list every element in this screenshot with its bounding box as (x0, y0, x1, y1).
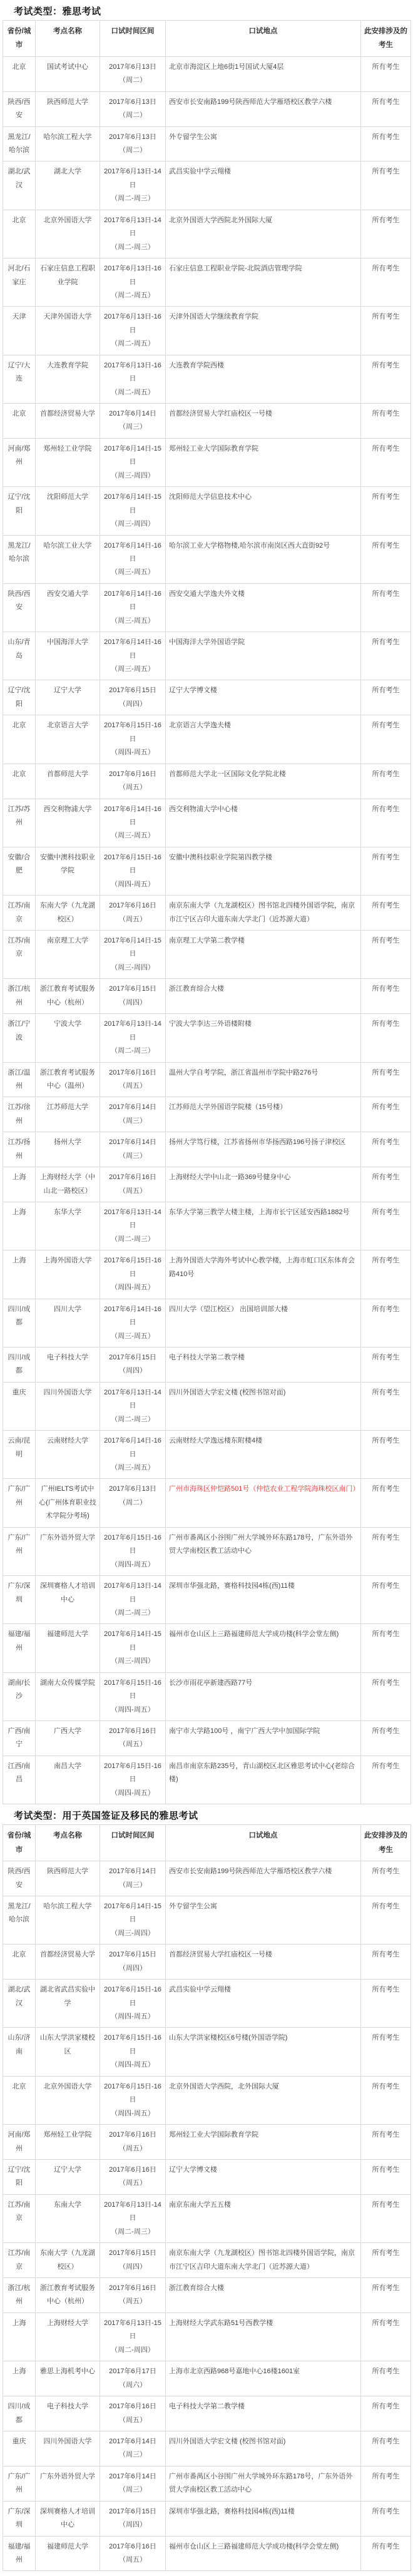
oral-test-location-cell: 西安交通大学逸夫外文楼 (166, 583, 361, 631)
oral-test-location-cell: 广州市番禺区小谷围广州大学城外环东路178号，广东外语外贸大学南校区教工活动中心 (166, 1527, 361, 1575)
date-text: 2017年6月14日-15日 (103, 1628, 162, 1655)
weekday-text: （周三-周五） (103, 829, 162, 842)
oral-test-location-cell: 广州市番禺区小谷围广州大学城外环东路178号，广东外语外贸大学南校区教工活动中心 (166, 2466, 361, 2501)
candidates-cell: 所有考生 (361, 1250, 411, 1299)
candidates-cell: 所有考生 (361, 2431, 411, 2466)
candidates-cell: 所有考生 (361, 2278, 411, 2313)
date-text: 2017年6月16日 (103, 1725, 162, 1738)
table-row: 山东/济南山东大学洪家楼校区2017年6月15日-16日（周四-周五）山东大学洪… (3, 2028, 411, 2076)
test-center-cell: 郑州轻工业学院 (36, 2125, 100, 2160)
oral-test-date-cell: 2017年6月16日（周五） (100, 2396, 166, 2431)
oral-test-location-cell: 首都经济贸易大学红庙校区一号楼 (166, 1945, 361, 1980)
candidates-cell: 所有考生 (361, 1861, 411, 1896)
weekday-text: （周三） (103, 421, 162, 434)
test-center-cell: 辽宁大学 (36, 680, 100, 715)
candidates-cell: 所有考生 (361, 210, 411, 258)
date-text: 2017年6月15日 (103, 2247, 162, 2260)
test-center-cell: 广东外语外贸大学 (36, 1527, 100, 1575)
oral-test-date-cell: 2017年6月14日（周三） (100, 404, 166, 439)
table-row: 北京北京外国语大学2017年6月13日-14日（周二-周三）北京外国语大学西院北… (3, 210, 411, 258)
date-text: 2017年6月14日-16日 (103, 1434, 162, 1461)
province-city-cell: 河南/郑州 (3, 2125, 36, 2160)
test-center-cell: 湖北大学 (36, 161, 100, 210)
weekday-text: （周五） (103, 1185, 162, 1198)
test-center-cell: 南京理工大学 (36, 931, 100, 979)
table-row: 北京首都师范大学2017年6月16日（周五）首都师范大学北一区国际文化学院北楼所… (3, 764, 411, 799)
table-row: 河北/石家庄石家庄信息工程职业学院2017年6月13日-16日（周二-周五）石家… (3, 258, 411, 307)
province-city-cell: 上海 (3, 2361, 36, 2396)
province-city-cell: 陕西/西安 (3, 91, 36, 126)
candidates-cell: 所有考生 (361, 2159, 411, 2194)
oral-test-location-cell: 深圳市华强北路，赛格科技园4栋(西)11楼 (166, 2501, 361, 2536)
candidates-cell: 所有考生 (361, 161, 411, 210)
oral-test-date-cell: 2017年6月13日-15日（周二-周四） (100, 2313, 166, 2361)
oral-test-date-cell: 2017年6月14日-16日（周三-周五） (100, 535, 166, 583)
weekday-text: （周四-周五） (103, 2058, 162, 2072)
oral-test-location-cell: 南京东南大学（九龙湖校区）图书馆北四楼外国语学院，南京市江宁区吉印大道东南大学北… (166, 2243, 361, 2278)
table-row: 广西/南宁广西大学2017年6月16日（周五）南宁市大学路100号 ，南宁广西大… (3, 1721, 411, 1756)
table-row: 江苏/徐州江苏师范大学2017年6月14日（周三）江苏师范大学外国语学院楼（15… (3, 1097, 411, 1132)
test-center-cell: 雅思上海机考中心 (36, 2361, 100, 2396)
oral-test-location-cell: 上海外国语大学海外考试中心教学楼，上海市虹口区东体育会路410号 (166, 1250, 361, 1299)
table-row: 天津天津外国语大学2017年6月13日-16日（周二-周五）天津外国语大学继续教… (3, 307, 411, 355)
test-center-cell: 浙江教育考试服务中心（杭州） (36, 2278, 100, 2313)
candidates-cell: 所有考生 (361, 1672, 411, 1720)
oral-test-date-cell: 2017年6月17日（周六） (100, 2361, 166, 2396)
table-row: 河南/郑州郑州轻工业学院2017年6月16日（周五）郑州轻工业大学国际教育学院所… (3, 2125, 411, 2160)
weekday-text: （周四） (103, 2518, 162, 2532)
table-row: 江苏/扬州扬州大学2017年6月14日（周三）扬州大学笃行楼，江苏省扬州市华扬西… (3, 1132, 411, 1167)
candidates-cell: 所有考生 (361, 2028, 411, 2076)
table-row: 浙江/杭州浙江教育考试服务中心（杭州）2017年6月15日（周四）浙江教育综合大… (3, 979, 411, 1014)
date-text: 2017年6月13日-14日 (103, 214, 162, 241)
column-header-2: 口试时间区间 (100, 1825, 166, 1861)
oral-test-date-cell: 2017年6月13日-14日（周二-周三） (100, 210, 166, 258)
oral-test-location-cell: 山东大学洪家楼校区6号楼(外国语学院) (166, 2028, 361, 2076)
candidates-cell: 所有考生 (361, 715, 411, 764)
oral-test-date-cell: 2017年6月14日-16日（周三-周五） (100, 1299, 166, 1347)
province-city-cell: 浙江/杭州 (3, 979, 36, 1014)
weekday-text: （周五） (103, 1080, 162, 1093)
test-center-cell: 哈尔滨工业大学 (36, 535, 100, 583)
province-city-cell: 上海 (3, 2313, 36, 2361)
oral-test-location-cell: 北京语言大学逸夫楼 (166, 715, 361, 764)
province-city-cell: 安徽/合肥 (3, 847, 36, 895)
test-center-cell: 北京外国语大学 (36, 2076, 100, 2124)
weekday-text: （周二-周五） (103, 337, 162, 350)
weekday-text: （周四） (103, 1364, 162, 1377)
province-city-cell: 天津 (3, 307, 36, 355)
table-row: 辽宁/沈阳辽宁大学2017年6月16日（周五）辽宁大学博文楼所有考生 (3, 2159, 411, 2194)
oral-test-date-cell: 2017年6月14日-15日（周三-周四） (100, 1624, 166, 1672)
date-text: 2017年6月15日 (103, 684, 162, 697)
test-center-cell: 山东大学洪家楼校区 (36, 2028, 100, 2076)
oral-test-date-cell: 2017年6月15日（周四） (100, 1347, 166, 1382)
candidates-cell: 所有考生 (361, 799, 411, 847)
date-text: 2017年6月13日-15日 (103, 2317, 162, 2344)
oral-test-date-cell: 2017年6月14日-15日（周三-周四） (100, 487, 166, 535)
table-row: 重庆四川外国语大学2017年6月13日-14日（周二-周三）四川外国语大学宏文楼… (3, 1382, 411, 1430)
candidates-cell: 所有考生 (361, 1945, 411, 1980)
candidates-cell: 所有考生 (361, 2243, 411, 2278)
oral-test-location-cell: 外专留学生公寓 (166, 126, 361, 161)
weekday-text: （周三-周四） (103, 518, 162, 531)
section-title: 考试类型：雅思考试 (3, 1, 410, 20)
oral-test-date-cell: 2017年6月15日-16日（周四-周五） (100, 2076, 166, 2124)
candidates-cell: 所有考生 (361, 2361, 411, 2396)
province-city-cell: 重庆 (3, 2431, 36, 2466)
test-center-cell: 哈尔滨工程大学 (36, 1896, 100, 1944)
table-row: 湖南/长沙湖南大众传媒学院2017年6月15日-16日（周四-周五）长沙市雨花亭… (3, 1672, 411, 1720)
oral-test-location-cell: 北京外国语大学西院，北外国际大厦 (166, 2076, 361, 2124)
oral-test-location-cell: 武昌实验中学云翔楼 (166, 161, 361, 210)
exam-schedule-table: 省份/城市考点名称口试时间区间口试地点此安排涉及的考生 北京国试考试中心2017… (3, 20, 411, 1804)
test-center-cell: 深圳赛格人才培训中心 (36, 2501, 100, 2536)
oral-test-date-cell: 2017年6月14日（周三） (100, 1097, 166, 1132)
test-center-cell: 哈尔滨工程大学 (36, 126, 100, 161)
weekday-text: （周四） (103, 2261, 162, 2274)
candidates-cell: 所有考生 (361, 1431, 411, 1479)
weekday-text: （周二） (103, 144, 162, 157)
test-center-cell: 上海财经大学（中山北一路校区） (36, 1167, 100, 1202)
weekday-text: （周二-周三） (103, 1045, 162, 1058)
document-body: 考试类型：雅思考试 省份/城市考点名称口试时间区间口试地点此安排涉及的考生 北京… (0, 0, 413, 2576)
date-text: 2017年6月14日-15日 (103, 442, 162, 469)
test-center-cell: 石家庄信息工程职业学院 (36, 258, 100, 307)
test-center-cell: 东南大学 (36, 2194, 100, 2242)
date-text: 2017年6月14日 (103, 1136, 162, 1149)
column-header-4: 此安排涉及的考生 (361, 21, 411, 57)
table-row: 江西/南昌南昌大学2017年6月15日-16日（周四-周五）南昌市南京东路235… (3, 1756, 411, 1804)
test-center-cell: 大连教育学院 (36, 355, 100, 403)
province-city-cell: 江苏/南京 (3, 2243, 36, 2278)
province-city-cell: 湖南/长沙 (3, 1672, 36, 1720)
province-city-cell: 陕西/西安 (3, 583, 36, 631)
column-header-3: 口试地点 (166, 1825, 361, 1861)
province-city-cell: 黑龙江/哈尔滨 (3, 535, 36, 583)
test-center-cell: 国试考试中心 (36, 56, 100, 91)
test-center-cell: 北京语言大学 (36, 715, 100, 764)
province-city-cell: 广东/广州 (3, 1527, 36, 1575)
test-center-cell: 首都师范大学 (36, 764, 100, 799)
weekday-text: （周四） (103, 698, 162, 711)
oral-test-location-cell: 东华大学第三教学大楼主楼，上海市长宁区延安西路1882号 (166, 1202, 361, 1250)
table-row: 重庆四川外国语大学2017年6月14日（周三）四川外国语大学宏文楼 (校图书馆对… (3, 2431, 411, 2466)
candidates-cell: 所有考生 (361, 258, 411, 307)
oral-test-location-cell: 温州大学自考学院，浙江省温州市学院中路276号 (166, 1062, 361, 1097)
weekday-text: （周二） (103, 1496, 162, 1510)
column-header-0: 省份/城市 (3, 1825, 36, 1861)
date-text: 2017年6月13日-16日 (103, 262, 162, 289)
oral-test-date-cell: 2017年6月14日（周三） (100, 1132, 166, 1167)
province-city-cell: 江苏/南京 (3, 931, 36, 979)
province-city-cell: 北京 (3, 2076, 36, 2124)
date-text: 2017年6月15日 (103, 1948, 162, 1961)
province-city-cell: 福建/福州 (3, 2536, 36, 2571)
province-city-cell: 辽宁/沈阳 (3, 2159, 36, 2194)
test-center-cell: 南昌大学 (36, 1756, 100, 1804)
oral-test-location-cell: 郑州轻工业大学国际教育学院 (166, 438, 361, 486)
candidates-cell: 所有考生 (361, 487, 411, 535)
date-text: 2017年6月13日-14日 (103, 165, 162, 192)
candidates-cell: 所有考生 (361, 438, 411, 486)
weekday-text: （周四-周五） (103, 746, 162, 759)
province-city-cell: 辽宁/沈阳 (3, 487, 36, 535)
test-center-cell: 浙江教育考试服务中心（杭州） (36, 979, 100, 1014)
date-text: 2017年6月13日-14日 (103, 1206, 162, 1233)
table-row: 湖北/武汉湖北省武昌实验中学2017年6月15日-16日（周四-周五）武昌实验中… (3, 1980, 411, 2028)
table-row: 北京国试考试中心2017年6月13日（周二）北京市海淀区上地6街1号国试大厦4层… (3, 56, 411, 91)
test-center-cell: 深圳赛格人才培训中心 (36, 1576, 100, 1624)
weekday-text: （周四） (103, 996, 162, 1009)
oral-test-date-cell: 2017年6月15日-16日（周四-周五） (100, 715, 166, 764)
candidates-cell: 所有考生 (361, 1527, 411, 1575)
date-text: 2017年6月13日-16日 (103, 359, 162, 386)
province-city-cell: 广东/深圳 (3, 1576, 36, 1624)
candidates-cell: 所有考生 (361, 931, 411, 979)
oral-test-location-cell: 四川外国语大学宏文楼 (校图书馆对面) (166, 2431, 361, 2466)
province-city-cell: 湖北/武汉 (3, 161, 36, 210)
weekday-text: （周二-周三） (103, 1607, 162, 1620)
test-center-cell: 云南财经大学 (36, 1431, 100, 1479)
test-center-cell: 辽宁大学 (36, 2159, 100, 2194)
oral-test-date-cell: 2017年6月16日（周五） (100, 1167, 166, 1202)
oral-test-date-cell: 2017年6月14日-16日（周三-周五） (100, 632, 166, 680)
candidates-cell: 所有考生 (361, 979, 411, 1014)
province-city-cell: 江苏/南京 (3, 2194, 36, 2242)
province-city-cell: 北京 (3, 764, 36, 799)
candidates-cell: 所有考生 (361, 126, 411, 161)
date-text: 2017年6月14日 (103, 1101, 162, 1114)
table-row: 广东/广州广东外语外贸大学2017年6月14日（周三）广州市番禺区小谷围广州大学… (3, 2466, 411, 2501)
test-center-cell: 四川外国语大学 (36, 2431, 100, 2466)
province-city-cell: 上海 (3, 1202, 36, 1250)
table-row: 北京首都经济贸易大学2017年6月15日（周四）首都经济贸易大学红庙校区一号楼所… (3, 1945, 411, 1980)
table-row: 广东/深圳深圳赛格人才培训中心2017年6月15日（周四）深圳市华强北路，赛格科… (3, 2501, 411, 2536)
weekday-text: （周三-周五） (103, 663, 162, 676)
province-city-cell: 北京 (3, 715, 36, 764)
candidates-cell: 所有考生 (361, 1062, 411, 1097)
test-center-cell: 扬州大学 (36, 1132, 100, 1167)
table-row: 北京北京语言大学2017年6月15日-16日（周四-周五）北京语言大学逸夫楼所有… (3, 715, 411, 764)
candidates-cell: 所有考生 (361, 764, 411, 799)
weekday-text: （周三-周四） (103, 961, 162, 974)
oral-test-location-cell: 上海财经大学武东路51号西教学楼 (166, 2313, 361, 2361)
oral-test-location-cell: 西安市长安南路199号陕西师范大学雁塔校区教学六楼 (166, 91, 361, 126)
oral-test-location-cell: 扬州大学笃行楼，江苏省扬州市华扬西路196号扬子津校区 (166, 1132, 361, 1167)
weekday-text: （周二-周五） (103, 386, 162, 399)
date-text: 2017年6月16日 (103, 1066, 162, 1080)
province-city-cell: 四川/成都 (3, 1299, 36, 1347)
date-text: 2017年6月16日 (103, 899, 162, 912)
oral-test-date-cell: 2017年6月14日（周三） (100, 1861, 166, 1896)
test-center-cell: 上海外国语大学 (36, 1250, 100, 1299)
candidates-cell: 所有考生 (361, 2313, 411, 2361)
province-city-cell: 广东/深圳 (3, 2501, 36, 2536)
province-city-cell: 上海 (3, 1167, 36, 1202)
test-center-cell: 四川外国语大学 (36, 1382, 100, 1430)
oral-test-date-cell: 2017年6月14日-15日（周三-周四） (100, 438, 166, 486)
date-text: 2017年6月13日 (103, 1483, 162, 1496)
candidates-cell: 所有考生 (361, 1347, 411, 1382)
province-city-cell: 浙江/温州 (3, 1062, 36, 1097)
oral-test-location-cell: 上海财经大学中山北一路369号健身中心 (166, 1167, 361, 1202)
oral-test-date-cell: 2017年6月14日-16日（周三-周五） (100, 799, 166, 847)
date-text: 2017年6月15日-16日 (103, 851, 162, 878)
date-text: 2017年6月16日 (103, 1171, 162, 1184)
oral-test-date-cell: 2017年6月15日（周四） (100, 680, 166, 715)
oral-test-date-cell: 2017年6月15日-16日（周四-周五） (100, 1980, 166, 2028)
oral-test-location-cell: 天津外国语大学继续教育学院 (166, 307, 361, 355)
candidates-cell: 所有考生 (361, 1980, 411, 2028)
weekday-text: （周三） (103, 2483, 162, 2497)
date-text: 2017年6月15日 (103, 1351, 162, 1364)
weekday-text: （周二-周四） (103, 2344, 162, 2357)
table-row: 北京北京外国语大学2017年6月15日-16日（周四-周五）北京外国语大学西院，… (3, 2076, 411, 2124)
candidates-cell: 所有考生 (361, 1479, 411, 1527)
date-text: 2017年6月14日-16日 (103, 1303, 162, 1330)
weekday-text: （周三-周五） (103, 1330, 162, 1343)
section-ielts: 考试类型：雅思考试 省份/城市考点名称口试时间区间口试地点此安排涉及的考生 北京… (3, 1, 410, 1804)
province-city-cell: 黑龙江/哈尔滨 (3, 1896, 36, 1944)
candidates-cell: 所有考生 (361, 1167, 411, 1202)
candidates-cell: 所有考生 (361, 1097, 411, 1132)
test-center-cell: 电子科技大学 (36, 1347, 100, 1382)
date-text: 2017年6月16日 (103, 2540, 162, 2553)
column-header-4: 此安排涉及的考生 (361, 1825, 411, 1861)
column-header-3: 口试地点 (166, 21, 361, 57)
test-center-cell: 东华大学 (36, 1202, 100, 1250)
oral-test-date-cell: 2017年6月13日-16日（周二-周五） (100, 307, 166, 355)
oral-test-date-cell: 2017年6月16日（周五） (100, 2125, 166, 2160)
section-ielts-ukvi: 考试类型：用于英国签证及移民的雅思考试 省份/城市考点名称口试时间区间口试地点此… (3, 1806, 410, 2571)
province-city-cell: 辽宁/大连 (3, 355, 36, 403)
oral-test-date-cell: 2017年6月13日（周二） (100, 126, 166, 161)
table-row: 北京首都经济贸易大学2017年6月14日（周三）首都经济贸易大学红庙校区一号楼所… (3, 404, 411, 439)
date-text: 2017年6月16日 (103, 2164, 162, 2177)
oral-test-location-cell: 浙江教育综合大楼 (166, 2278, 361, 2313)
table-row: 河南/郑州郑州轻工业学院2017年6月14日-15日（周三-周四）郑州轻工业大学… (3, 438, 411, 486)
oral-test-date-cell: 2017年6月16日（周五） (100, 2159, 166, 2194)
date-text: 2017年6月13日 (103, 61, 162, 74)
weekday-text: （周三） (103, 1115, 162, 1128)
weekday-text: （周三-周五） (103, 615, 162, 628)
oral-test-date-cell: 2017年6月15日-16日（周四-周五） (100, 1756, 166, 1804)
oral-test-date-cell: 2017年6月13日-14日（周二-周三） (100, 2194, 166, 2242)
province-city-cell: 四川/成都 (3, 2396, 36, 2431)
oral-test-location-cell: 深圳市华强北路，赛格科技园4栋(西)11楼 (166, 1576, 361, 1624)
oral-test-location-cell: 西安市长安南路199号陕西师范大学雁塔校区教学六楼 (166, 1861, 361, 1896)
weekday-text: （周三） (103, 1150, 162, 1163)
oral-test-date-cell: 2017年6月15日-16日（周四-周五） (100, 1250, 166, 1299)
date-text: 2017年6月13日-14日 (103, 1018, 162, 1045)
weekday-text: （周四-周五） (103, 1281, 162, 1294)
date-text: 2017年6月14日-15日 (103, 934, 162, 961)
test-center-cell: 西交利物浦大学 (36, 799, 100, 847)
oral-test-location-cell: 首都师范大学北一区国际文化学院北楼 (166, 764, 361, 799)
weekday-text: （周四-周五） (103, 1704, 162, 1717)
oral-test-location-cell: 浙江教育综合大楼 (166, 979, 361, 1014)
oral-test-location-cell: 广州市海珠区仲恺路501号（仲恺农业工程学院海珠校区南门） (166, 1479, 361, 1527)
date-text: 2017年6月13日-14日 (103, 1580, 162, 1607)
candidates-cell: 所有考生 (361, 91, 411, 126)
table-row: 四川/成都电子科技大学2017年6月16日（周五）电子科技大学第二教学楼所有考生 (3, 2396, 411, 2431)
oral-test-location-cell: 辽宁大学博文楼 (166, 2159, 361, 2194)
table-row: 江苏/南京东南大学2017年6月13日-14日（周二-周三）南京东南大学五五楼所… (3, 2194, 411, 2242)
oral-test-date-cell: 2017年6月13日（周二） (100, 56, 166, 91)
candidates-cell: 所有考生 (361, 2076, 411, 2124)
oral-test-location-cell: 长沙市雨花亭新建西路77号 (166, 1672, 361, 1720)
test-center-cell: 首都经济贸易大学 (36, 1945, 100, 1980)
oral-test-date-cell: 2017年6月15日（周四） (100, 2501, 166, 2536)
province-city-cell: 江苏/扬州 (3, 1132, 36, 1167)
date-text: 2017年6月16日 (103, 2282, 162, 2295)
province-city-cell: 北京 (3, 1945, 36, 1980)
province-city-cell: 山东/青岛 (3, 632, 36, 680)
weekday-text: （周五） (103, 2295, 162, 2308)
candidates-cell: 所有考生 (361, 1382, 411, 1430)
weekday-text: （周二-周三） (103, 1233, 162, 1246)
test-center-cell: 西安交通大学 (36, 583, 100, 631)
test-center-cell: 湖南大众传媒学院 (36, 1672, 100, 1720)
table-row: 上海上海外国语大学2017年6月15日-16日（周四-周五）上海外国语大学海外考… (3, 1250, 411, 1299)
oral-test-location-cell: 宁波大学李达三外语楼附楼 (166, 1014, 361, 1062)
weekday-text: （周四-周五） (103, 1558, 162, 1572)
oral-test-location-cell: 北京市海淀区上地6街1号国试大厦4层 (166, 56, 361, 91)
weekday-text: （周三-周四） (103, 1655, 162, 1668)
weekday-text: （周四-周五） (103, 2107, 162, 2120)
date-text: 2017年6月14日-16日 (103, 803, 162, 830)
date-text: 2017年6月15日-16日 (103, 2080, 162, 2107)
oral-test-location-cell: 外专留学生公寓 (166, 1896, 361, 1944)
province-city-cell: 广东/广州 (3, 2466, 36, 2501)
candidates-cell: 所有考生 (361, 535, 411, 583)
test-center-cell: 广州IELTS考试中心(广州体育职业技术学院分考场) (36, 1479, 100, 1527)
table-row: 上海东华大学2017年6月13日-14日（周二-周三）东华大学第三教学大楼主楼，… (3, 1202, 411, 1250)
test-center-cell: 郑州轻工业学院 (36, 438, 100, 486)
oral-test-location-cell: 安徽中澳科技职业学院第四教学楼 (166, 847, 361, 895)
weekday-text: （周三-周四） (103, 1927, 162, 1940)
oral-test-date-cell: 2017年6月15日-16日（周四-周五） (100, 2028, 166, 2076)
candidates-cell: 所有考生 (361, 1576, 411, 1624)
table-header: 省份/城市考点名称口试时间区间口试地点此安排涉及的考生 (3, 1825, 411, 1861)
test-center-cell: 安徽中澳科技职业学院 (36, 847, 100, 895)
oral-test-date-cell: 2017年6月16日（周五） (100, 764, 166, 799)
date-text: 2017年6月15日 (103, 2505, 162, 2518)
date-text: 2017年6月14日 (103, 2470, 162, 2483)
oral-test-location-cell: 南京理工大学第二教学楼 (166, 931, 361, 979)
province-city-cell: 广西/南宁 (3, 1721, 36, 1756)
date-text: 2017年6月13日-14日 (103, 1386, 162, 1413)
weekday-text: （周二-周五） (103, 289, 162, 302)
oral-test-location-cell: 石家庄信息工程职业学院-北院酒店管理学院 (166, 258, 361, 307)
test-center-cell: 电子科技大学 (36, 2396, 100, 2431)
province-city-cell: 云南/昆明 (3, 1431, 36, 1479)
oral-test-date-cell: 2017年6月13日（周二） (100, 1479, 166, 1527)
oral-test-date-cell: 2017年6月13日-14日（周二-周三） (100, 1382, 166, 1430)
oral-test-date-cell: 2017年6月13日（周二） (100, 91, 166, 126)
column-header-2: 口试时间区间 (100, 21, 166, 57)
header-row: 省份/城市考点名称口试时间区间口试地点此安排涉及的考生 (3, 1825, 411, 1861)
province-city-cell: 浙江/杭州 (3, 2278, 36, 2313)
test-center-cell: 福建师范大学 (36, 2536, 100, 2571)
candidates-cell: 所有考生 (361, 2536, 411, 2571)
oral-test-date-cell: 2017年6月14日-15日（周三-周四） (100, 931, 166, 979)
date-text: 2017年6月15日-16日 (103, 1983, 162, 2010)
date-text: 2017年6月13日-16日 (103, 310, 162, 337)
date-text: 2017年6月14日 (103, 407, 162, 421)
oral-test-location-cell: 辽宁大学博文楼 (166, 680, 361, 715)
